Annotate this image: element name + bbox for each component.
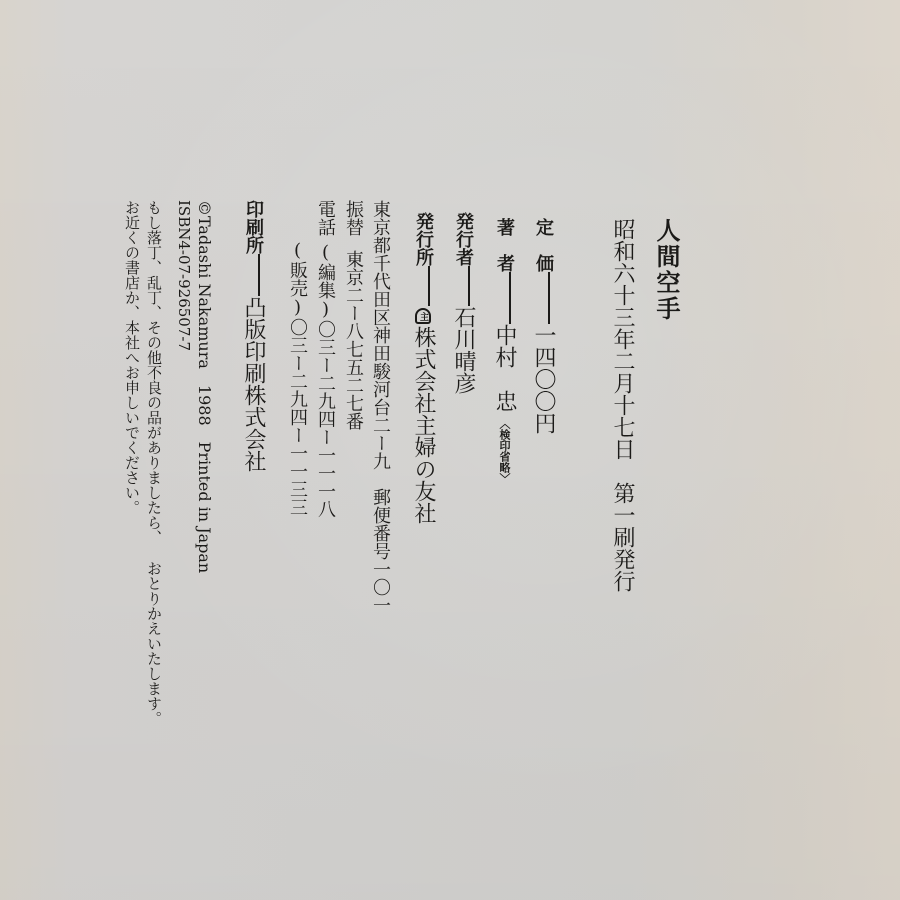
book-title: 人間空手 [654,218,678,322]
defect-notice-1b: おとりかえいたします。 [145,561,163,726]
printer-line: 印刷所凸版印刷株式会社 [242,200,264,472]
seal-omitted-note: 〈検印省略〉 [498,418,511,484]
publisher-logo-icon: 主 [415,308,431,324]
leader-rule [468,266,470,306]
address-line: 東京都千代田区神田駿河台二ー九郵便番号一〇一 [371,200,389,614]
price-value: 一四〇〇円 [531,324,556,434]
author-label: 著 者 [494,218,515,272]
defect-notice-1: もし落丁、乱丁、その他不良の品がありましたら、 [145,200,163,545]
transfer-value: 東京二ー八七五二七番 [343,250,364,430]
issue-date: 昭和六十三年二月十七日 [610,218,635,460]
author-name: 中村 忠 [492,324,517,412]
leader-rule [509,272,511,324]
defect-notice-line-1: もし落丁、乱丁、その他不良の品がありましたら、おとりかえいたします。 [146,200,161,726]
phone-editorial-label: (編集) [315,242,336,320]
leader-rule [428,266,430,306]
price-label: 定 価 [533,218,554,272]
copyright-line: ©Tadashi Nakamura 1988 Printed in Japan [196,200,212,573]
transfer-label: 振替 [343,200,364,236]
publisher-label: 発行所 [413,212,434,266]
edition: 第一刷発行 [610,482,635,592]
postal-code: 郵便番号一〇一 [370,488,391,614]
phone-editorial: 〇三ー二九四ー一一一八 [315,320,336,518]
phone-sales-line: (販売)〇三ー二九四ー一一三三 [288,240,306,516]
printer-name: 凸版印刷株式会社 [241,296,266,472]
leader-rule [258,254,260,296]
phone-sales: 〇三ー二九四ー一一三三 [287,318,308,516]
isbn-line: ISBN4-07-926507-7 [176,200,191,351]
issuer-label: 発行者 [453,212,474,266]
phone-label: 電話 [315,200,336,236]
defect-notice-line-2: お近くの書店か、本社へお申しいでください。 [124,200,139,515]
author-line: 著 者中村 忠〈検印省略〉 [493,218,515,484]
publisher-line: 発行所主株式会社主婦の友社 [412,212,434,524]
issue-date-line: 昭和六十三年二月十七日第一刷発行 [611,218,633,592]
issuer-name: 石川晴彦 [451,306,476,394]
address: 東京都千代田区神田駿河台二ー九 [370,200,391,470]
printer-label: 印刷所 [243,200,264,254]
transfer-line: 振替東京二ー八七五二七番 [344,200,362,430]
price-line: 定 価一四〇〇円 [532,218,554,434]
phone-editorial-line: 電話(編集)〇三ー二九四ー一一一八 [316,200,334,518]
publisher-name: 株式会社主婦の友社 [411,326,436,524]
phone-sales-label: (販売) [287,240,308,318]
issuer-line: 発行者石川晴彦 [452,212,474,394]
leader-rule [548,272,550,324]
